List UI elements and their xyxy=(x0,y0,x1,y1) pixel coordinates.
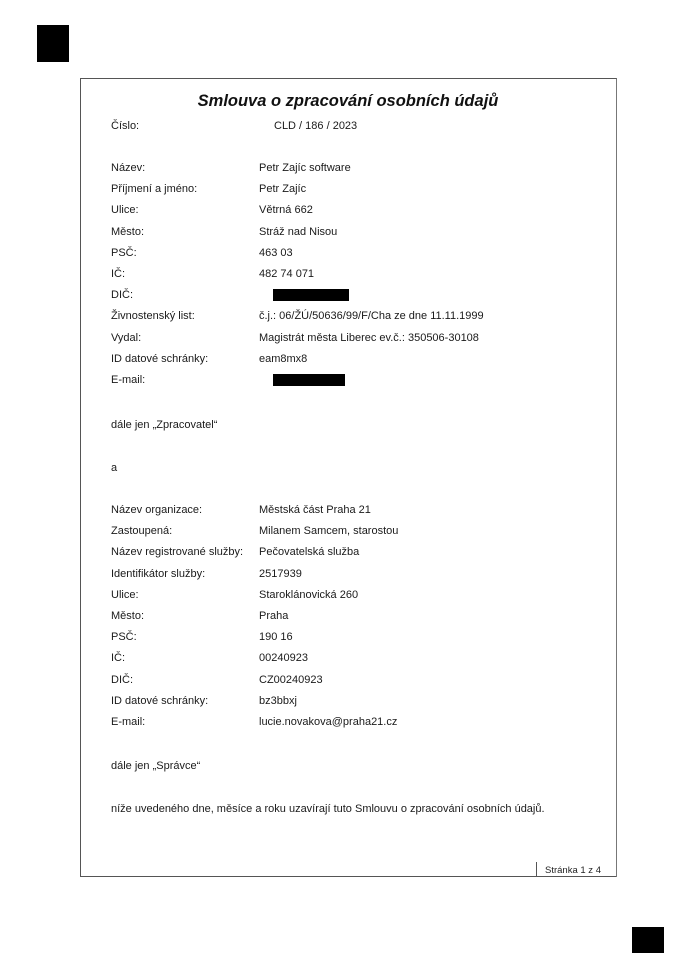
field-label: Město: xyxy=(111,610,144,622)
field-label: DIČ: xyxy=(111,674,133,686)
field-value: Petr Zajíc software xyxy=(259,162,351,174)
field-label: DIČ: xyxy=(111,289,133,301)
scan-registration-mark xyxy=(632,927,664,953)
field-label: Vydal: xyxy=(111,332,141,344)
field-label: IČ: xyxy=(111,652,125,664)
processor-alias: dále jen „Zpracovatel“ xyxy=(111,419,217,431)
controller-alias: dále jen „Správce“ xyxy=(111,760,200,772)
field-label: Ulice: xyxy=(111,589,139,601)
field-label: ID datové schránky: xyxy=(111,695,208,707)
field-value: CZ00240923 xyxy=(259,674,323,686)
page-frame xyxy=(80,78,617,877)
field-label: PSČ: xyxy=(111,247,137,259)
redacted-value xyxy=(273,374,345,386)
field-value: 00240923 xyxy=(259,652,308,664)
field-value: č.j.: 06/ŽÚ/50636/99/F/Cha ze dne 11.11.… xyxy=(259,310,484,322)
field-value: Pečovatelská služba xyxy=(259,546,359,558)
field-value: CLD / 186 / 2023 xyxy=(274,120,357,132)
field-value: 190 16 xyxy=(259,631,293,643)
field-label: Číslo: xyxy=(111,120,139,132)
field-label: E-mail: xyxy=(111,716,145,728)
field-label: Příjmení a jméno: xyxy=(111,183,197,195)
field-label: PSČ: xyxy=(111,631,137,643)
field-label: Zastoupená: xyxy=(111,525,172,537)
field-value: Staroklánovická 260 xyxy=(259,589,358,601)
footer-divider xyxy=(536,862,537,876)
field-label: ID datové schránky: xyxy=(111,353,208,365)
field-value: Magistrát města Liberec ev.č.: 350506-30… xyxy=(259,332,479,344)
field-value: Praha xyxy=(259,610,288,622)
field-label: Název: xyxy=(111,162,145,174)
field-label: Živnostenský list: xyxy=(111,310,195,322)
redaction-box xyxy=(259,289,349,301)
closing-sentence: níže uvedeného dne, měsíce a roku uzavír… xyxy=(111,803,545,815)
page-indicator: Stránka 1 z 4 xyxy=(545,865,601,876)
field-value: bz3bbxj xyxy=(259,695,297,707)
field-value: Stráž nad Nisou xyxy=(259,226,337,238)
field-value: Milanem Samcem, starostou xyxy=(259,525,398,537)
field-label: E-mail: xyxy=(111,374,145,386)
field-value: 463 03 xyxy=(259,247,293,259)
field-value: Městská část Praha 21 xyxy=(259,504,371,516)
scan-registration-mark xyxy=(37,25,69,62)
field-value: Petr Zajíc xyxy=(259,183,306,195)
page-frame-bottom xyxy=(80,876,536,877)
field-label: Název registrované služby: xyxy=(111,546,243,558)
field-label: Název organizace: xyxy=(111,504,202,516)
field-value: 2517939 xyxy=(259,568,302,580)
field-value: eam8mx8 xyxy=(259,353,307,365)
field-label: IČ: xyxy=(111,268,125,280)
redaction-box xyxy=(259,374,345,386)
footer-divider xyxy=(536,876,616,877)
conjunction: a xyxy=(111,462,117,474)
field-label: Identifikátor služby: xyxy=(111,568,205,580)
field-value: 482 74 071 xyxy=(259,268,314,280)
field-value: lucie.novakova@praha21.cz xyxy=(259,716,397,728)
document-title: Smlouva o zpracování osobních údajů xyxy=(80,92,616,111)
field-label: Město: xyxy=(111,226,144,238)
field-label: Ulice: xyxy=(111,204,139,216)
redacted-value xyxy=(273,289,349,301)
field-value: Větrná 662 xyxy=(259,204,313,216)
